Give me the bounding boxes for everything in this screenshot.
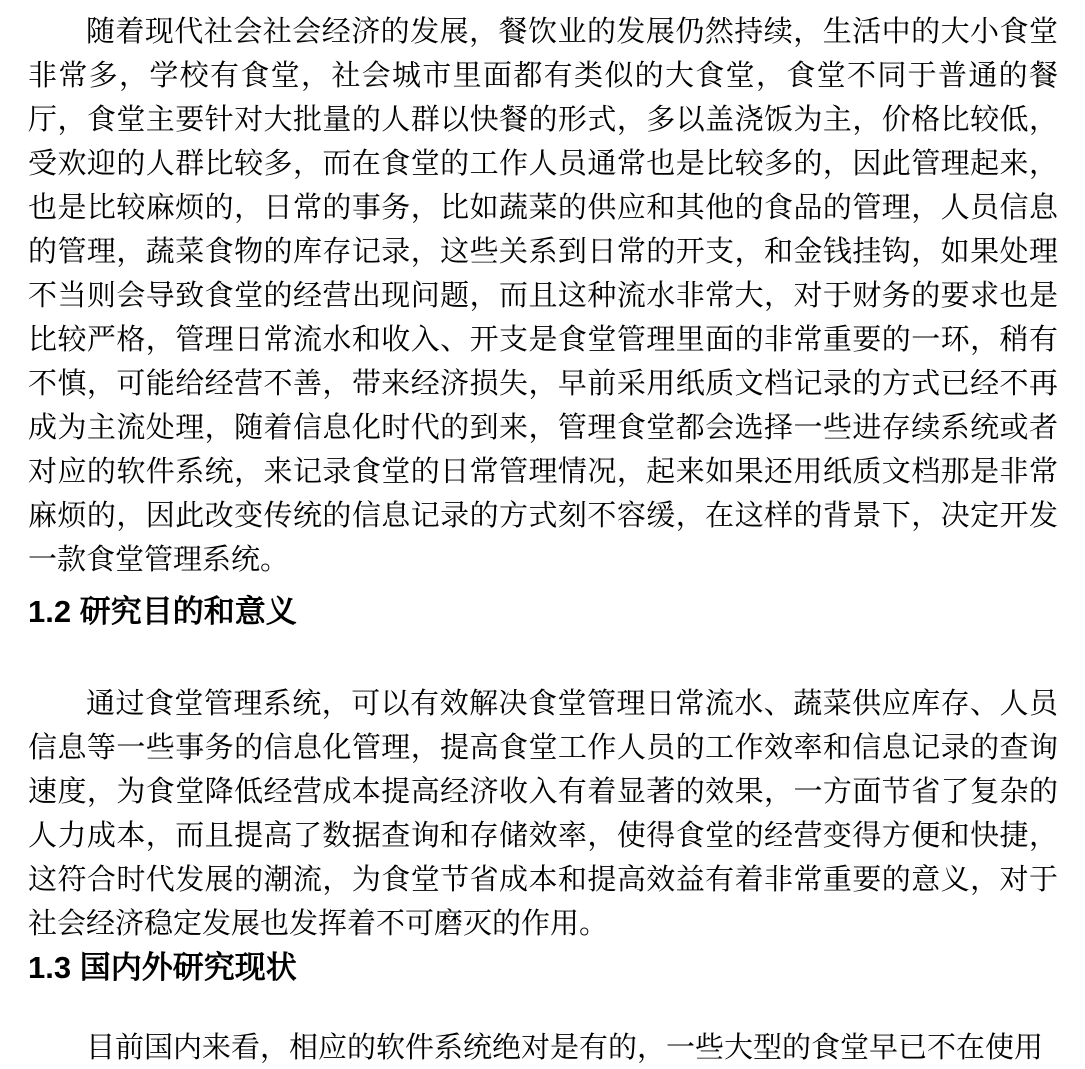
paragraph-domestic-research-status: 目前国内来看，相应的软件系统绝对是有的，一些大型的食堂早已不在使用 bbox=[28, 1026, 1058, 1069]
paragraph-research-purpose: 通过食堂管理系统，可以有效解决食堂管理日常流水、蔬菜供应库存、人员信息等一些事务… bbox=[28, 682, 1058, 946]
paragraph-background-intro: 随着现代社会社会经济的发展，餐饮业的发展仍然持续，生活中的大小食堂非常多，学校有… bbox=[28, 10, 1058, 582]
section-heading-1-2-research-purpose: 1.2 研究目的和意义 bbox=[28, 590, 1058, 634]
document-page: 随着现代社会社会经济的发展，餐饮业的发展仍然持续，生活中的大小食堂非常多，学校有… bbox=[0, 0, 1085, 1069]
section-heading-1-3-research-status: 1.3 国内外研究现状 bbox=[28, 946, 1058, 990]
